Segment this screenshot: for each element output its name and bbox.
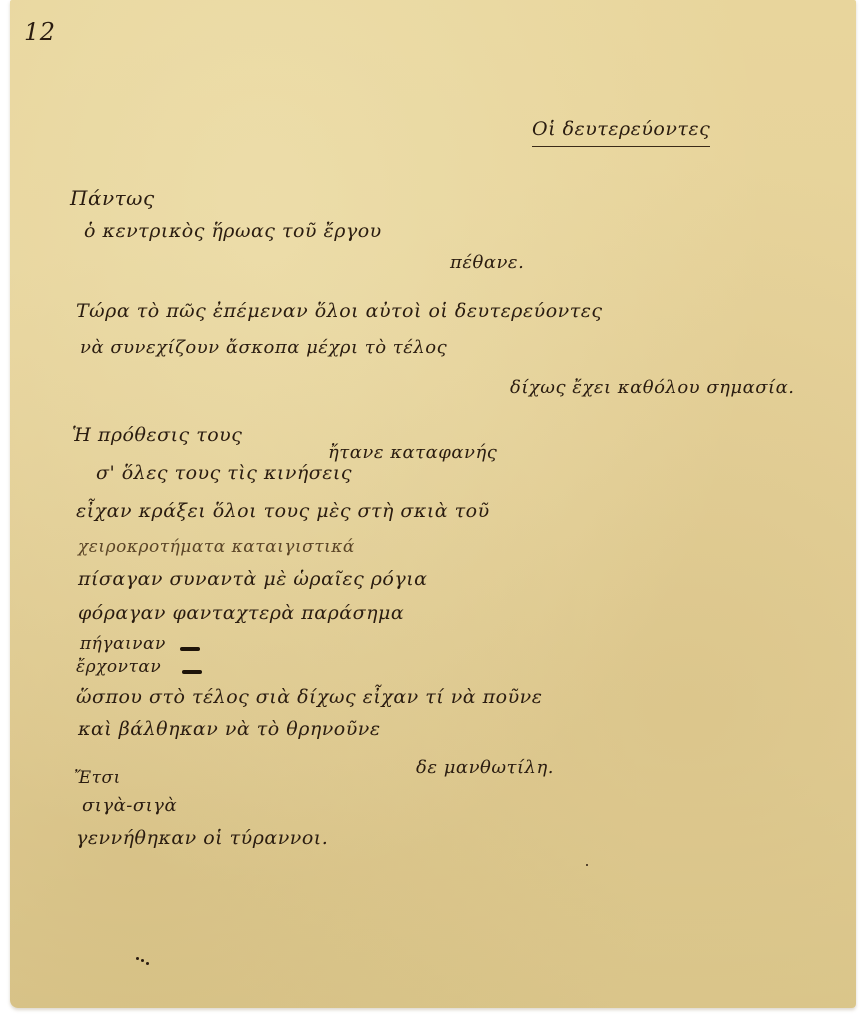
manuscript-line: καὶ βάλθηκαν νὰ τὸ θρηνοῦνε (78, 718, 381, 740)
manuscript-line: νὰ συνεχίζουν ἄσκοπα μέχρι τὸ τέλος (80, 337, 447, 358)
page-number: 12 (24, 18, 56, 46)
ink-speck (146, 962, 149, 965)
manuscript-title: Οἱ δευτερεύοντες (532, 118, 710, 147)
manuscript-line: Τώρα τὸ πῶς ἐπέμεναν ὅλοι αὐτοὶ οἱ δευτε… (76, 300, 603, 322)
manuscript-line: δε μανθωτίλη. (416, 757, 554, 778)
manuscript-line: δίχως ἔχει καθόλου σημασία. (510, 377, 794, 398)
manuscript-page: 12 Οἱ δευτερεύοντες Πάντως ὁ κεντρικὸς ἥ… (10, 0, 856, 1008)
ink-speck (141, 959, 144, 962)
manuscript-line: σ' ὅλες τους τὶς κινήσεις (96, 462, 352, 484)
manuscript-line: φόραγαν φανταχτερὰ παράσημα (78, 602, 404, 624)
manuscript-line: πίσαγαν συναντὰ μὲ ὡραῖες ρόγια (78, 568, 428, 590)
manuscript-line: σιγὰ-σιγὰ (82, 795, 177, 816)
manuscript-line: πήγαιναν (80, 634, 166, 654)
manuscript-line: ὁ κεντρικὸς ἥρωας τοῦ ἔργου (84, 220, 382, 242)
manuscript-line: χειροκροτήματα καταιγιστικά (78, 537, 355, 557)
manuscript-line: γεννήθηκαν οἱ τύραννοι. (76, 827, 328, 849)
manuscript-line: Ἔτσι (74, 768, 121, 788)
manuscript-line: εἶχαν κράξει ὅλοι τους μὲς στὴ σκιὰ τοῦ (76, 500, 490, 522)
manuscript-line: ἔρχονταν (76, 657, 161, 677)
manuscript-line: ὥσπου στὸ τέλος σιὰ δίχως εἶχαν τί νὰ πο… (76, 686, 542, 708)
ink-dash (182, 670, 202, 674)
manuscript-line: Ἡ πρόθεσις τους (72, 424, 242, 446)
ink-dash (180, 647, 200, 651)
manuscript-line: πέθανε. (450, 252, 524, 273)
manuscript-line: Πάντως (70, 186, 155, 210)
ink-speck (586, 864, 588, 866)
manuscript-line: ἤτανε καταφανής (328, 442, 497, 463)
ink-speck (136, 957, 139, 960)
